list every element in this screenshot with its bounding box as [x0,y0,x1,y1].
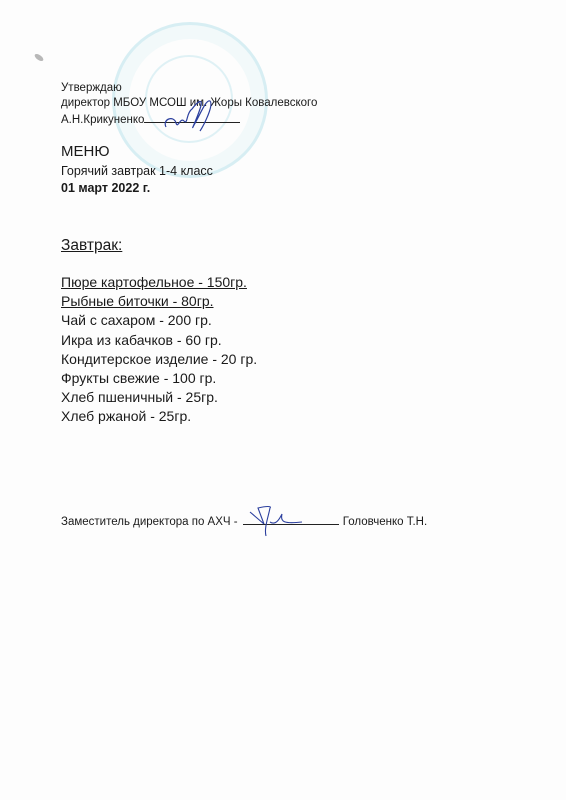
footer-signature-row: Заместитель директора по АХЧ - Головченк… [61,513,427,528]
approval-label: Утверждаю [61,81,317,96]
menu-item: Фрукты свежие - 100 гр. [61,369,257,388]
footer-name: Головченко Т.Н. [343,516,427,528]
menu-item: Хлеб пшеничный - 25гр. [61,388,257,407]
page-title: МЕНЮ [61,143,110,160]
deputy-signature-icon [246,498,306,538]
menu-date: 01 март 2022 г. [61,181,150,195]
menu-item: Рыбные биточки - 80гр. [61,292,257,311]
menu-item: Хлеб ржаной - 25гр. [61,407,257,426]
menu-subtitle: Горячий завтрак 1-4 класс [61,164,213,178]
menu-item: Кондитерское изделие - 20 гр. [61,350,257,369]
footer-position: Заместитель директора по АХЧ - [61,516,238,528]
approval-signer: А.Н.Крикуненко [61,114,144,126]
scan-smudge [33,53,44,63]
menu-list: Пюре картофельное - 150гр. Рыбные биточк… [61,273,257,427]
director-signature-icon [160,95,220,135]
section-title: Завтрак: [61,237,122,255]
menu-item: Чай с сахаром - 200 гр. [61,311,257,330]
menu-item: Икра из кабачков - 60 гр. [61,331,257,350]
menu-item: Пюре картофельное - 150гр. [61,273,257,292]
